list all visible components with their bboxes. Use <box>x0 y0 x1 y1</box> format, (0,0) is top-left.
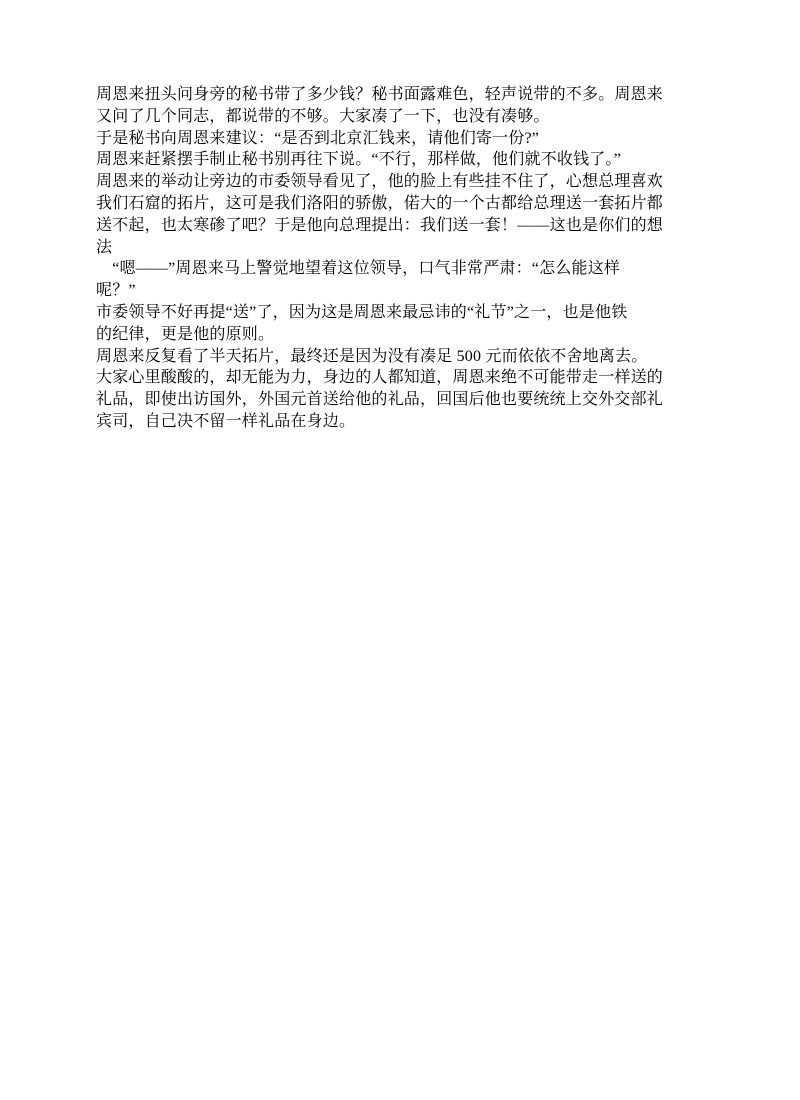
text-line: 周恩来赶紧摆手制止秘书别再往下说。“不行，那样做，他们就不收钱了。” <box>96 149 718 171</box>
text-line: 礼品，即使出访国外，外国元首送给他的礼品，回国后他也要统统上交外交部礼 <box>96 389 718 411</box>
text-line: 周恩来扭头问身旁的秘书带了多少钱？秘书面露难色，轻声说带的不多。周恩来 <box>96 84 718 106</box>
text-line: 又问了几个同志，都说带的不够。大家凑了一下，也没有凑够。 <box>96 106 718 128</box>
text-line: 我们石窟的拓片，这可是我们洛阳的骄傲，偌大的一个古都给总理送一套拓片都 <box>96 193 718 215</box>
document-page: 周恩来扭头问身旁的秘书带了多少钱？秘书面露难色，轻声说带的不多。周恩来 又问了几… <box>0 0 800 1100</box>
text-line: 于是秘书向周恩来建议：“是否到北京汇钱来，请他们寄一份?” <box>96 128 718 150</box>
text-line: 宾司，自己决不留一样礼品在身边。 <box>96 411 718 433</box>
text-line: 大家心里酸酸的，却无能为力，身边的人都知道，周恩来绝不可能带走一样送的 <box>96 367 718 389</box>
text-line: 市委领导不好再提“送”了，因为这是周恩来最忌讳的“礼节”之一，也是他铁 <box>96 302 718 324</box>
text-line: 呢？” <box>96 280 718 302</box>
text-line: 周恩来反复看了半天拓片，最终还是因为没有凑足 500 元而依依不舍地离去。 <box>96 346 718 368</box>
text-line: 的纪律，更是他的原则。 <box>96 324 718 346</box>
text-block: 周恩来扭头问身旁的秘书带了多少钱？秘书面露难色，轻声说带的不多。周恩来 又问了几… <box>96 84 718 433</box>
text-line: 送不起，也太寒碜了吧？于是他向总理提出：我们送一套！——这也是你们的想 <box>96 215 718 237</box>
text-line: 周恩来的举动让旁边的市委领导看见了，他的脸上有些挂不住了，心想总理喜欢 <box>96 171 718 193</box>
text-line: “嗯——”周恩来马上警觉地望着这位领导，口气非常严肃：“怎么能这样 <box>96 258 718 280</box>
text-line: 法 <box>96 237 718 259</box>
